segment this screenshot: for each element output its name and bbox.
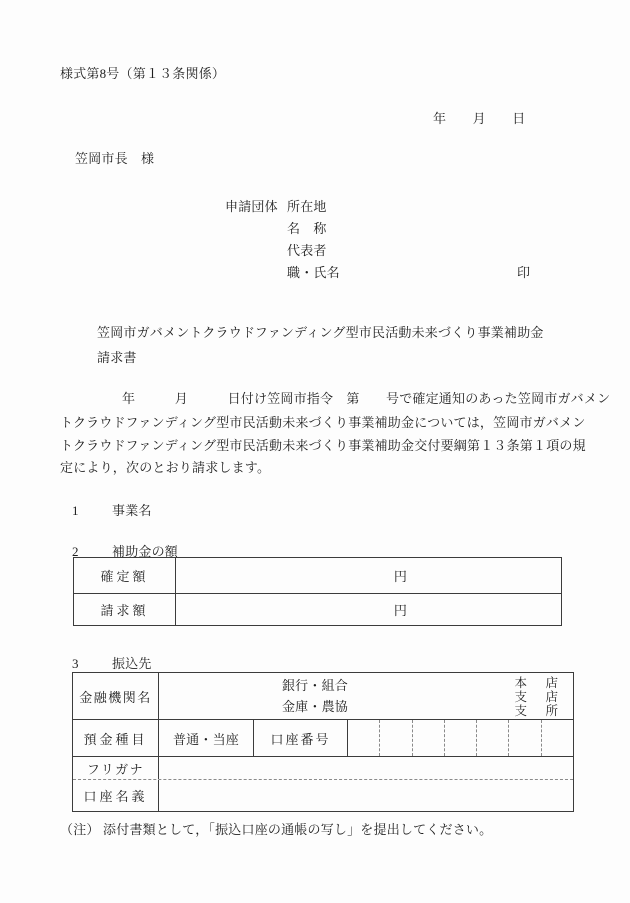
institution-label: 金融機関名 (73, 673, 159, 719)
addressee: 笠岡市長 様 (75, 151, 154, 167)
deposit-type-label: 預金種目 (73, 720, 159, 756)
footnote: （注） 添付書類として，「振込口座の通帳の写し」を提出してください。 (60, 822, 492, 838)
bank-table-row-account: 預金種目 普通・当座 口座番号 (73, 719, 573, 756)
branch-type-branch: 支 店 (514, 690, 561, 704)
account-digit-cell (444, 720, 476, 756)
section1-title: 事業名 (112, 503, 152, 519)
bank-table-row-holder: 口座名義 (73, 779, 573, 811)
claimed-amount-value-cell: 円 (176, 594, 561, 625)
account-digit-cell (412, 720, 444, 756)
amount-table: 確定額 円 請求額 円 (73, 557, 562, 626)
amount-table-row-claimed: 請求額 円 (74, 593, 561, 625)
account-digit-cell (348, 720, 379, 756)
seal-mark: 印 (517, 265, 530, 281)
account-digit-cell (476, 720, 508, 756)
section3-number: 3 (72, 656, 79, 672)
applicant-field-name: 名 称 (287, 221, 327, 237)
applicant-field-address: 所在地 (287, 199, 327, 215)
body-line-2: トクラウドファンディング型市民活動未来づくり事業補助金については，笠岡市ガバメン (60, 415, 586, 431)
bank-table-row-institution: 金融機関名 銀行・組合 金庫・農協 本 店 支 店 支 所 (73, 673, 573, 719)
body-line-1: 年 月 日付け笠岡市指令 第 号で確定通知のあった笠岡市ガバメン (122, 391, 610, 407)
branch-type-sub-branch: 支 所 (514, 704, 561, 718)
account-holder-label: 口座名義 (73, 780, 159, 811)
account-digit-cell (541, 720, 573, 756)
bank-type-line1: 銀行・組合 (282, 679, 348, 693)
furigana-label: フリガナ (73, 757, 159, 779)
account-number-label: 口座番号 (254, 720, 348, 756)
claimed-amount-label: 請求額 (74, 594, 176, 625)
form-number: 様式第8号（第１３条関係） (60, 66, 225, 82)
fixed-amount-value-cell: 円 (176, 558, 561, 593)
furigana-value-cell (159, 757, 573, 779)
body-line-4: 定により，次のとおり請求します。 (60, 460, 270, 476)
account-holder-value-cell (159, 780, 573, 811)
account-digit-cell (508, 720, 540, 756)
applicant-label: 申請団体 (225, 199, 278, 215)
bank-type-line2: 金庫・農協 (282, 700, 348, 714)
section3-title: 振込先 (112, 656, 152, 672)
bank-table: 金融機関名 銀行・組合 金庫・農協 本 店 支 店 支 所 預金種目 普通・当座… (72, 672, 574, 812)
body-line-3: トクラウドファンディング型市民活動未来づくり事業補助金交付要綱第１３条第１項の規 (60, 438, 586, 454)
amount-table-row-fixed: 確定額 円 (74, 558, 561, 593)
claimed-amount-unit: 円 (394, 600, 407, 619)
account-number-cells (348, 720, 573, 756)
institution-type-cell: 銀行・組合 金庫・農協 (159, 673, 376, 719)
fixed-amount-label: 確定額 (74, 558, 176, 593)
account-digit-cell (379, 720, 411, 756)
deposit-type-options: 普通・当座 (159, 720, 254, 756)
doc-title-line2: 請求書 (97, 350, 137, 366)
document-page: 様式第8号（第１３条関係） 年 月 日 笠岡市長 様 申請団体 所在地 名 称 … (0, 0, 630, 903)
branch-type-cell: 本 店 支 店 支 所 (376, 673, 573, 719)
doc-title-line1: 笠岡市ガバメントクラウドファンディング型市民活動未来づくり事業補助金 (97, 325, 544, 341)
date-line: 年 月 日 (433, 111, 525, 127)
applicant-field-title-name: 職・氏名 (287, 265, 340, 281)
fixed-amount-unit: 円 (394, 566, 407, 585)
bank-table-row-furigana: フリガナ (73, 756, 573, 779)
applicant-field-representative: 代表者 (287, 243, 327, 259)
section1-number: 1 (72, 503, 79, 519)
branch-type-head-office: 本 店 (514, 676, 561, 690)
